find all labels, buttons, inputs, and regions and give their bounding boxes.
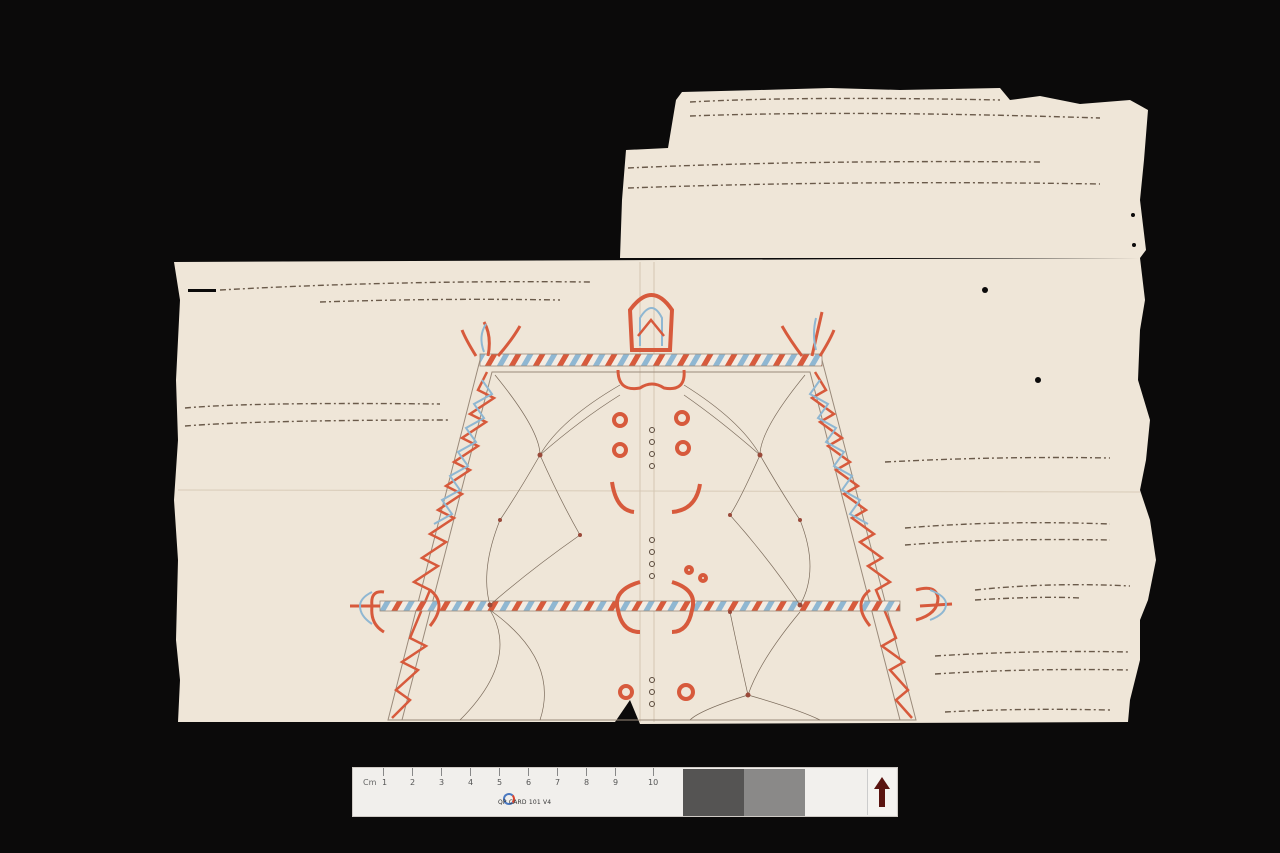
- photo-stage: Cm 1 2 3 4 5 6 7 8 9 10 QP CARD 101 V4: [0, 0, 1280, 853]
- patch-mid-gray: [744, 769, 805, 816]
- tick-label: 5: [497, 778, 502, 787]
- up-arrow-icon: [867, 769, 896, 815]
- centimeter-ruler: Cm 1 2 3 4 5 6 7 8 9 10 QP CARD 101 V4: [353, 768, 683, 818]
- patch-dark-gray: [683, 769, 744, 816]
- tick-label: 10: [648, 778, 658, 787]
- patch-white: [805, 769, 867, 816]
- tick-label: 9: [613, 778, 618, 787]
- card-id-label: QP CARD 101 V4: [498, 799, 551, 806]
- tick-label: 4: [468, 778, 473, 787]
- tick-label: 1: [382, 778, 387, 787]
- tick-label: 3: [439, 778, 444, 787]
- tick-label: 7: [555, 778, 560, 787]
- manuscript-svg: [0, 0, 1280, 853]
- tick-label: 8: [584, 778, 589, 787]
- tick-label: 6: [526, 778, 531, 787]
- color-scale-card: Cm 1 2 3 4 5 6 7 8 9 10 QP CARD 101 V4: [352, 767, 898, 817]
- ruler-unit-label: Cm: [363, 778, 376, 787]
- tick-label: 2: [410, 778, 415, 787]
- paper-upper-fragment: [620, 88, 1148, 258]
